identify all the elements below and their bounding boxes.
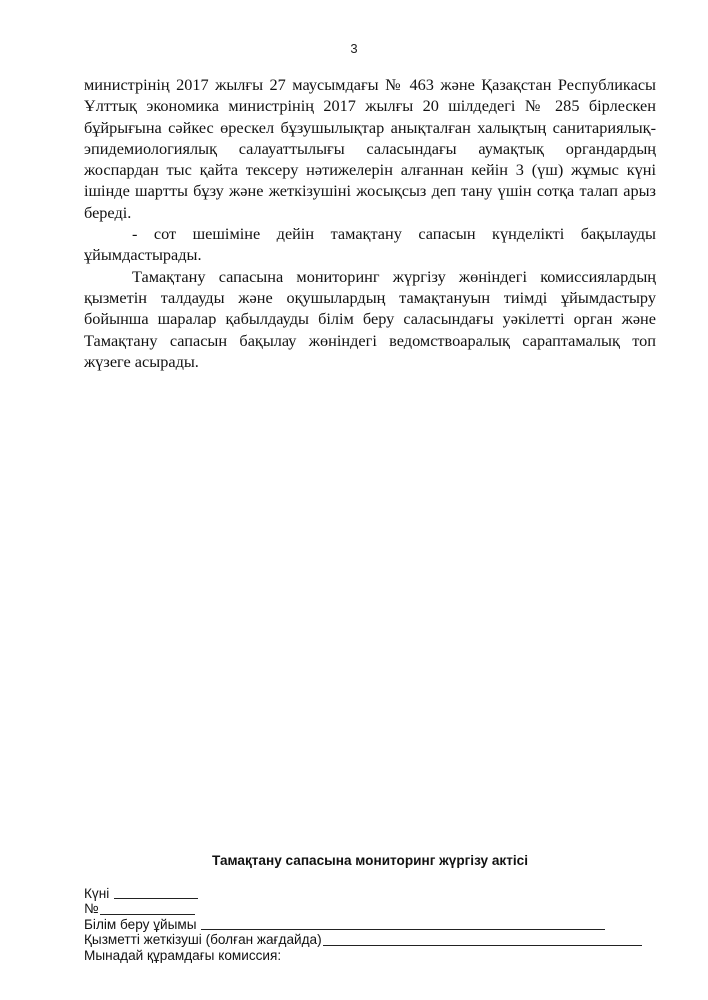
number-row: № [84, 901, 664, 916]
document-body: министрінің 2017 жылғы 27 маусымдағы № 4… [84, 74, 656, 372]
date-label: Күні [84, 886, 109, 901]
paragraph-order-continuation: министрінің 2017 жылғы 27 маусымдағы № 4… [84, 74, 656, 223]
organization-field[interactable] [201, 917, 605, 930]
number-label: № [84, 901, 99, 916]
supplier-row: Қызметті жеткізуші (болған жағдайда) [84, 932, 664, 947]
number-field[interactable] [100, 902, 195, 915]
form-title: Тамақтану сапасына мониторинг жүргізу ак… [0, 853, 708, 868]
page-number: 3 [0, 41, 708, 56]
supplier-field[interactable] [323, 933, 642, 946]
commission-label: Мынадай құрамдағы комиссия: [84, 948, 281, 963]
supplier-label: Қызметті жеткізуші (болған жағдайда) [84, 932, 322, 947]
organization-label: Білім беру ұйымы [84, 917, 196, 932]
paragraph-analysis-authority: Тамақтану сапасына мониторинг жүргізу жө… [84, 266, 656, 372]
date-row: Күні [84, 886, 664, 901]
monitoring-act-form: Күні № Білім беру ұйымы Қызметті жеткізу… [84, 886, 664, 963]
organization-row: Білім беру ұйымы [84, 917, 664, 932]
date-field[interactable] [114, 886, 198, 899]
commission-row: Мынадай құрамдағы комиссия: [84, 948, 664, 963]
paragraph-daily-control: - сот шешіміне дейін тамақтану сапасын к… [84, 223, 656, 266]
